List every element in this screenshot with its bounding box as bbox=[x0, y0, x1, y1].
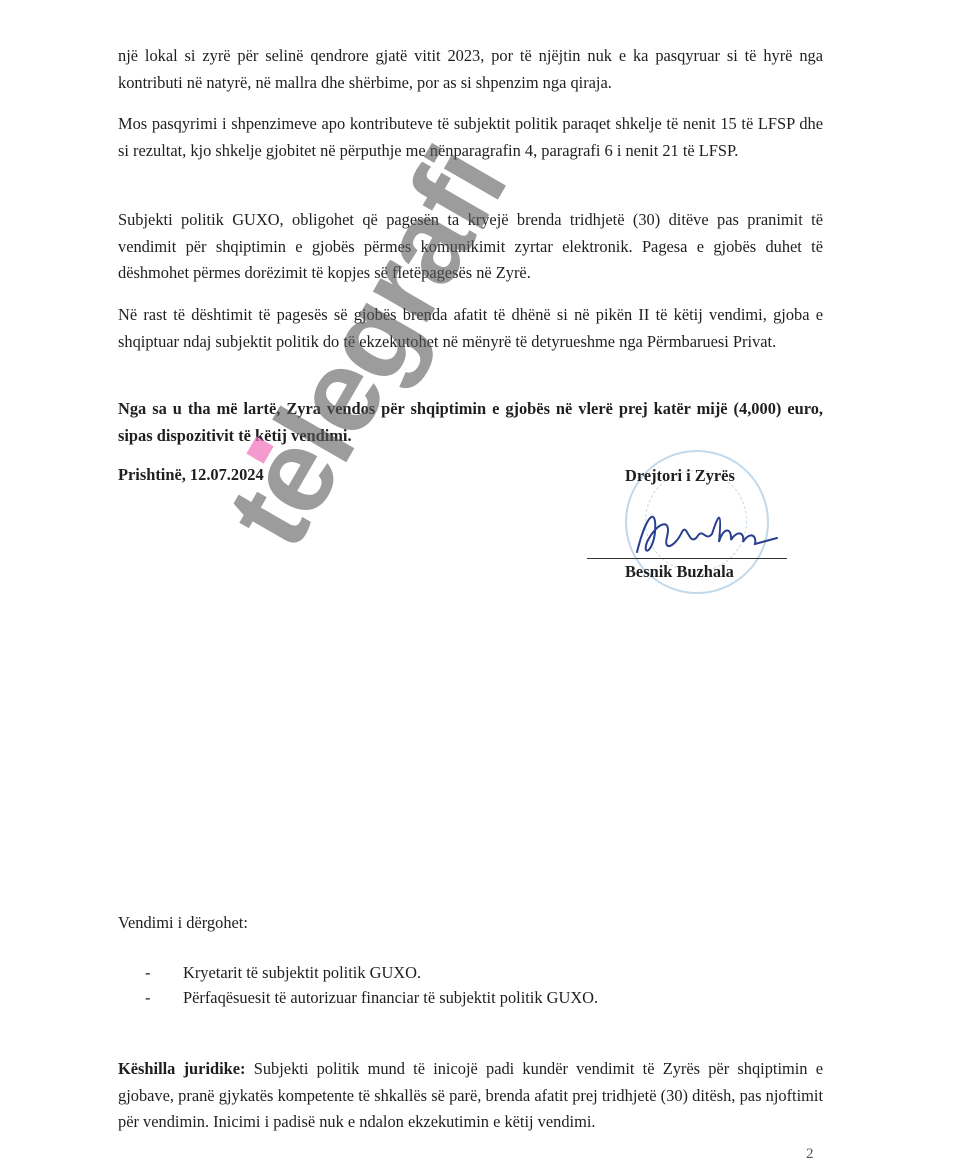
place-date: Prishtinë, 12.07.2024 bbox=[118, 465, 264, 485]
signature-block: Drejtori i Zyrës Besnik Buzhala bbox=[585, 450, 805, 590]
recipients-list: Kryetarit të subjektit politik GUXO. Për… bbox=[145, 960, 598, 1010]
signatory-title: Drejtori i Zyrës bbox=[625, 466, 735, 486]
paragraph-rental-contribution: një lokal si zyrë për selinë qendrore gj… bbox=[118, 43, 823, 96]
signature-icon bbox=[627, 502, 787, 562]
recipients-label: Vendimi i dërgohet: bbox=[118, 913, 248, 933]
legal-advice: Këshilla juridike: Subjekti politik mund… bbox=[118, 1056, 823, 1136]
recipient-item: Përfaqësuesit të autorizuar financiar të… bbox=[145, 985, 598, 1010]
paragraph-violation: Mos pasqyrimi i shpenzimeve apo kontribu… bbox=[118, 111, 823, 164]
paragraph-decision: Nga sa u tha më lartë, Zyra vendos për s… bbox=[118, 396, 823, 449]
recipient-item: Kryetarit të subjektit politik GUXO. bbox=[145, 960, 598, 985]
page-number: 2 bbox=[806, 1146, 814, 1162]
paragraph-payment-obligation: Subjekti politik GUXO, obligohet që page… bbox=[118, 207, 823, 287]
legal-advice-label: Këshilla juridike: bbox=[118, 1059, 246, 1078]
signature-line bbox=[587, 558, 787, 559]
paragraph-enforcement: Në rast të dështimit të pagesës së gjobë… bbox=[118, 302, 823, 355]
document-page: një lokal si zyrë për selinë qendrore gj… bbox=[0, 0, 980, 1162]
signatory-name: Besnik Buzhala bbox=[625, 562, 734, 582]
